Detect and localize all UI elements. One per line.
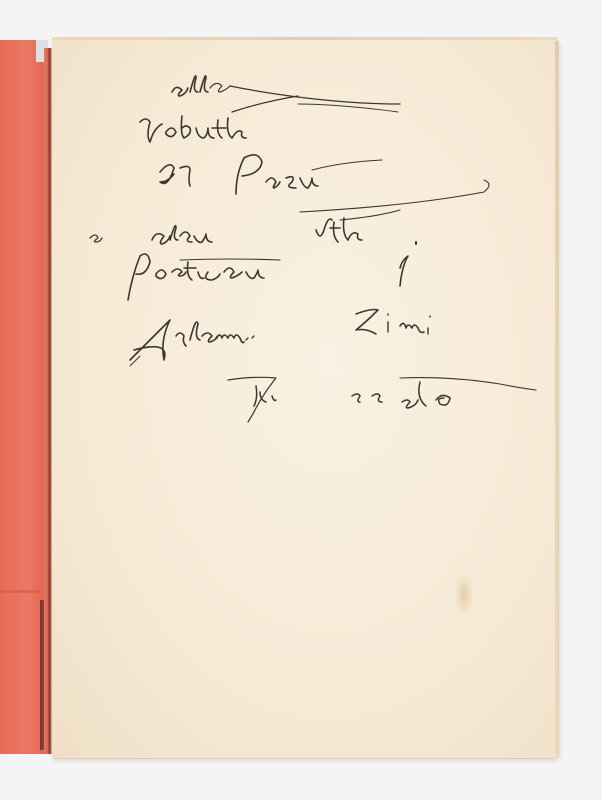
ink-line-6 (130, 310, 430, 367)
ink-line-1 (172, 76, 400, 104)
handwritten-inscription (0, 0, 602, 800)
book-photograph: alla robusta di Passo e alla vita poetic… (0, 0, 602, 800)
ink-line-3 (160, 155, 489, 212)
ink-line-4 (90, 210, 400, 244)
ink-line-5 (128, 242, 416, 300)
ink-signature (228, 377, 536, 422)
